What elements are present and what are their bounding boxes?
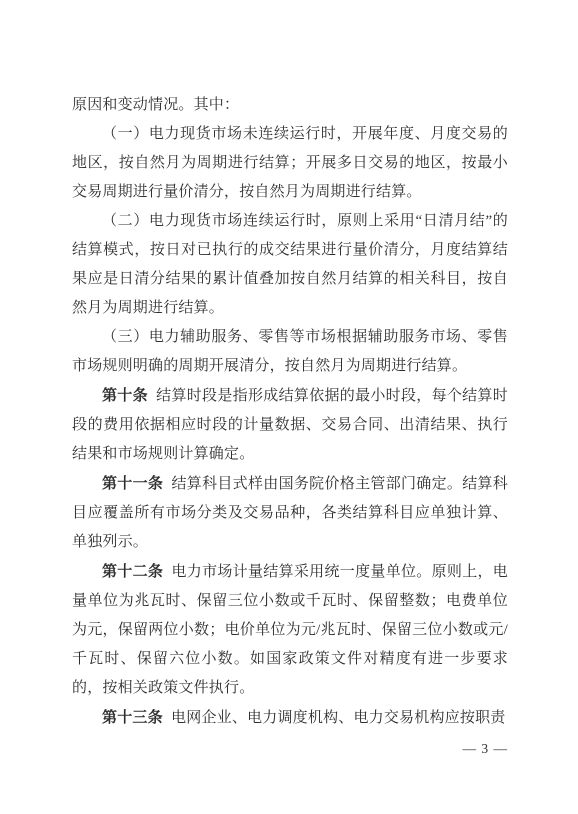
document-body: 原因和变动情况。其中： （一）电力现货市场未连续运行时，开展年度、月度交易的地区… [72, 91, 508, 733]
article-number: 第十一条 [102, 475, 163, 492]
paragraph-text: 原因和变动情况。其中： [72, 97, 239, 113]
article-number: 第十条 [102, 387, 148, 404]
paragraph-clause-1: （一）电力现货市场未连续运行时，开展年度、月度交易的地区，按自然月为周期进行结算… [72, 120, 508, 207]
paragraph-continuation: 原因和变动情况。其中： [72, 91, 508, 120]
paragraph-text: （三）电力辅助服务、零售等市场根据辅助服务市场、零售市场规则明确的周期开展清分，… [72, 329, 508, 374]
paragraph-article-13: 第十三条电网企业、电力调度机构、电力交易机构应按职责 [72, 703, 508, 733]
paragraph-clause-2: （二）电力现货市场连续运行时，原则上采用“日清月结”的结算模式，按日对已执行的成… [72, 207, 508, 323]
paragraph-article-11: 第十一条结算科目式样由国务院价格主管部门确定。结算科目应覆盖所有市场分类及交易品… [72, 469, 508, 557]
paragraph-article-10: 第十条结算时段是指形成结算依据的最小时段，每个结算时段的费用依据相应时段的计量数… [72, 381, 508, 469]
paragraph-text: （二）电力现货市场连续运行时，原则上采用“日清月结”的结算模式，按日对已执行的成… [72, 213, 508, 316]
document-page: 原因和变动情况。其中： （一）电力现货市场未连续运行时，开展年度、月度交易的地区… [0, 0, 578, 814]
article-number: 第十三条 [102, 709, 163, 726]
page-number: — 3 — [72, 740, 508, 758]
article-number: 第十二条 [102, 563, 163, 580]
paragraph-text: 电网企业、电力调度机构、电力交易机构应按职责 [171, 710, 505, 726]
paragraph-text: （一）电力现货市场未连续运行时，开展年度、月度交易的地区，按自然月为周期进行结算… [72, 126, 508, 200]
paragraph-article-12: 第十二条电力市场计量结算采用统一度量单位。原则上，电量单位为兆瓦时、保留三位小数… [72, 557, 508, 703]
paragraph-text: 电力市场计量结算采用统一度量单位。原则上，电量单位为兆瓦时、保留三位小数或千瓦时… [72, 564, 508, 696]
paragraph-clause-3: （三）电力辅助服务、零售等市场根据辅助服务市场、零售市场规则明确的周期开展清分，… [72, 323, 508, 381]
